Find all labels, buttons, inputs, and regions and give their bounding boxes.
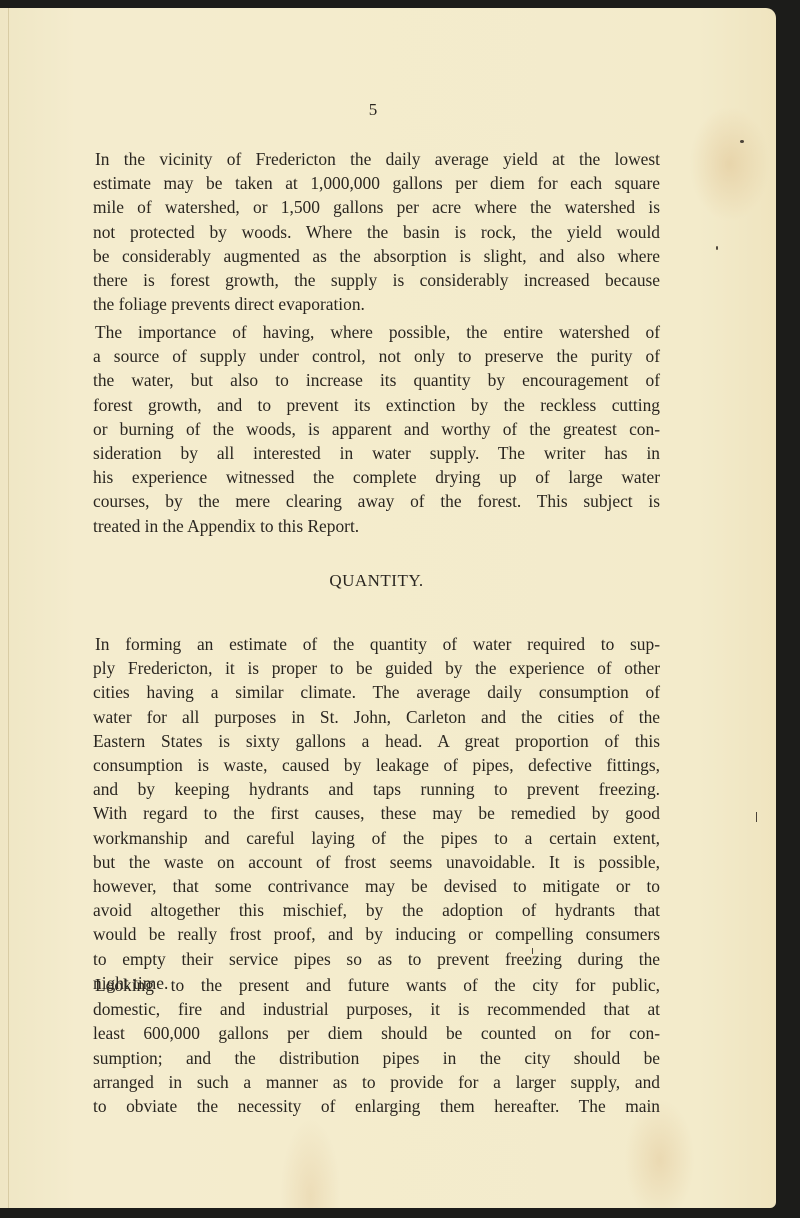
text-line: mile of watershed, or 1,500 gallons per … — [93, 195, 660, 219]
text-line: to obviate the necessity of enlarging th… — [93, 1094, 660, 1118]
paragraph-future-wants: Looking to the present and future wants … — [93, 973, 660, 1118]
text-line: Eastern States is sixty gallons a head. … — [93, 729, 660, 753]
text-line: or burning of the woods, is apparent and… — [93, 417, 660, 441]
text-line: courses, by the mere clearing away of th… — [93, 489, 660, 513]
text-line: least 600,000 gallons per diem should be… — [93, 1021, 660, 1045]
paragraph-watershed-yield: In the vicinity of Fredericton the daily… — [93, 147, 660, 316]
page-number: 5 — [363, 98, 383, 122]
text-line: avoid altogether this mischief, by the a… — [93, 898, 660, 922]
text-line: With regard to the first causes, these m… — [93, 801, 660, 825]
paper-speck — [532, 948, 533, 954]
scanned-page-view: 5 In the vicinity of Fredericton the dai… — [0, 0, 800, 1218]
text-line: consumption is waste, caused by leakage … — [93, 753, 660, 777]
paragraph-quantity-estimate: In forming an estimate of the quantity o… — [93, 632, 660, 995]
text-line: however, that some contrivance may be de… — [93, 874, 660, 898]
text-line: forest growth, and to prevent its extinc… — [93, 393, 660, 417]
text-line: there is forest growth, the supply is co… — [93, 268, 660, 292]
text-line: would be really frost proof, and by indu… — [93, 922, 660, 946]
text-line: arranged in such a manner as to provide … — [93, 1070, 660, 1094]
text-line: sideration by all interested in water su… — [93, 441, 660, 465]
text-line: cities having a similar climate. The ave… — [93, 680, 660, 704]
text-line: water for all purposes in St. John, Carl… — [93, 705, 660, 729]
paper-speck — [740, 140, 744, 143]
text-line: The importance of having, where possible… — [93, 320, 660, 344]
text-line: In forming an estimate of the quantity o… — [93, 632, 660, 656]
text-line: be considerably augmented as the absorpt… — [93, 244, 660, 268]
text-line: the water, but also to increase its quan… — [93, 368, 660, 392]
text-line: Looking to the present and future wants … — [93, 973, 660, 997]
text-line: estimate may be taken at 1,000,000 gallo… — [93, 171, 660, 195]
text-line: a source of supply under control, not on… — [93, 344, 660, 368]
text-line: to empty their service pipes so as to pr… — [93, 947, 660, 971]
text-line: domestic, fire and industrial purposes, … — [93, 997, 660, 1021]
text-line: the foliage prevents direct evaporation. — [93, 292, 660, 316]
text-line: In the vicinity of Fredericton the daily… — [93, 147, 660, 171]
binding-edge-line — [8, 8, 9, 1208]
text-line: and by keeping hydrants and taps running… — [93, 777, 660, 801]
document-page: 5 In the vicinity of Fredericton the dai… — [0, 8, 776, 1208]
paper-speck — [716, 246, 718, 250]
text-line: not protected by woods. Where the basin … — [93, 220, 660, 244]
text-line: treated in the Appendix to this Report. — [93, 514, 660, 538]
text-line: workmanship and careful laying of the pi… — [93, 826, 660, 850]
text-line: but the waste on account of frost seems … — [93, 850, 660, 874]
paragraph-watershed-control: The importance of having, where possible… — [93, 320, 660, 538]
text-line: sumption; and the distribution pipes in … — [93, 1046, 660, 1070]
text-line: his experience witnessed the complete dr… — [93, 465, 660, 489]
section-heading-quantity: QUANTITY. — [93, 569, 660, 593]
text-line: ply Fredericton, it is proper to be guid… — [93, 656, 660, 680]
paper-speck — [756, 812, 757, 822]
